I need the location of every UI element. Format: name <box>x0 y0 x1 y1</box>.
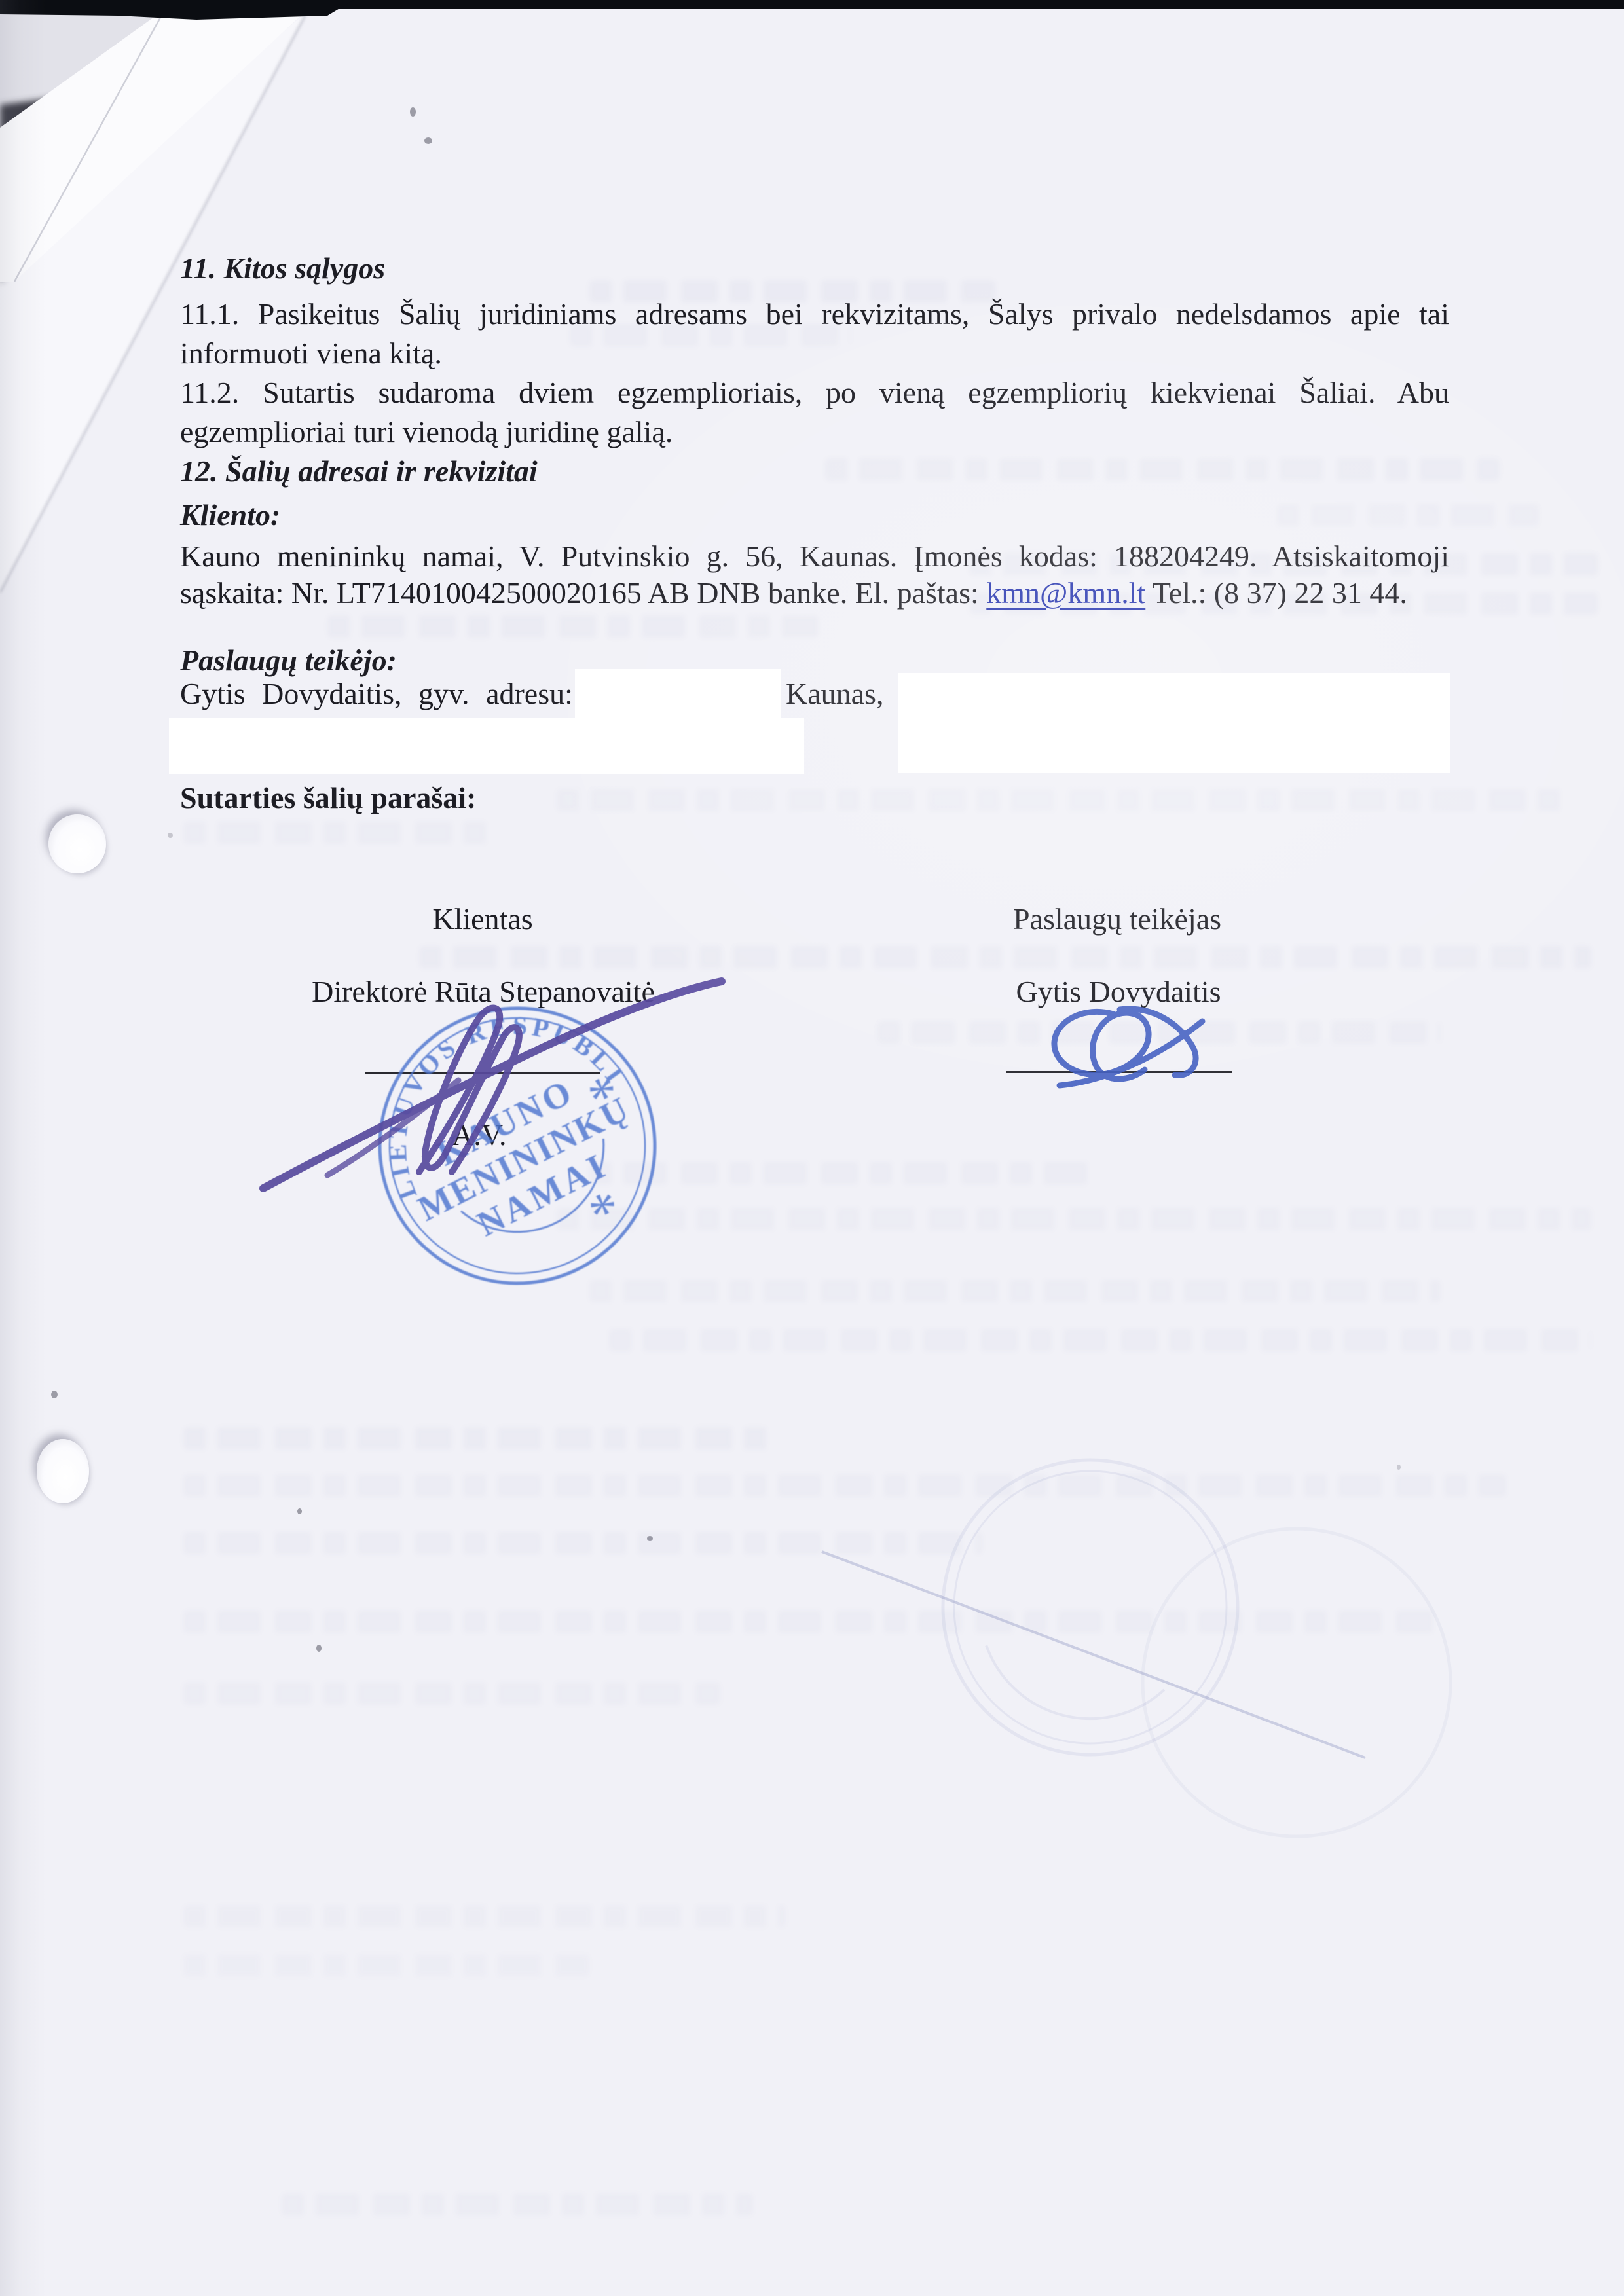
client-email-link[interactable]: kmn@kmn.lt <box>986 576 1145 610</box>
signatures-heading: Sutarties šalių parašai: <box>180 780 1449 816</box>
bleed-row <box>183 822 498 844</box>
clause-11-2-line2: egzemplioriai turi vienodą juridinę gali… <box>180 414 1449 450</box>
provider-role-label: Paslaugų teikėjas <box>1013 901 1221 938</box>
provider-city: Kaunas, <box>786 676 883 712</box>
clause-11-2-line1: 11.2. Sutartis sudaroma dviem egzemplior… <box>180 374 1449 411</box>
dust-speck <box>168 833 173 838</box>
dust-speck <box>647 1536 653 1541</box>
bleed-row <box>183 1683 720 1705</box>
provider-signature-ink <box>1022 982 1244 1113</box>
bleed-stamp <box>930 1440 1454 1899</box>
bleed-row <box>282 2193 753 2215</box>
bleed-row <box>183 1905 786 1927</box>
bleed-row <box>609 1329 1591 1351</box>
clause-11-1-line2: informuoti viena kitą. <box>180 335 1449 372</box>
redaction-box <box>898 673 1450 773</box>
redaction-box <box>169 718 804 774</box>
client-account-text: sąskaita: Nr. LT714010042500020165 AB DN… <box>180 576 986 610</box>
punch-hole-bottom <box>37 1439 89 1503</box>
section-12-heading: 12. Šalių adresai ir rekvizitai <box>180 453 1449 490</box>
dust-speck <box>410 107 416 117</box>
scanned-contract-page: 11. Kitos sąlygos 11.1. Pasikeitus Šalių… <box>0 0 1624 2296</box>
client-details-line2: sąskaita: Nr. LT714010042500020165 AB DN… <box>180 575 1449 611</box>
bleed-row <box>589 1280 1441 1302</box>
bleed-row <box>183 1427 773 1449</box>
bleed-row <box>557 1208 1591 1230</box>
bleed-row <box>183 1532 982 1554</box>
bleed-row <box>183 1954 589 1977</box>
punch-hole-top <box>48 814 106 873</box>
dust-speck <box>424 137 432 144</box>
bleed-row <box>327 615 819 638</box>
dust-speck <box>51 1391 58 1398</box>
client-label: Kliento: <box>180 497 1449 534</box>
client-details-line1: Kauno menininkų namai, V. Putvinskio g. … <box>180 538 1449 575</box>
section-11-heading: 11. Kitos sąlygos <box>180 250 1449 287</box>
dust-speck <box>1397 1465 1401 1470</box>
client-phone-text: Tel.: (8 37) 22 31 44. <box>1145 576 1407 610</box>
clause-11-1-line1: 11.1. Pasikeitus Šalių juridiniams adres… <box>180 296 1449 333</box>
client-signature-ink <box>249 962 747 1211</box>
client-role-label: Klientas <box>432 901 532 938</box>
dust-speck <box>316 1645 322 1652</box>
dust-speck <box>297 1508 302 1514</box>
